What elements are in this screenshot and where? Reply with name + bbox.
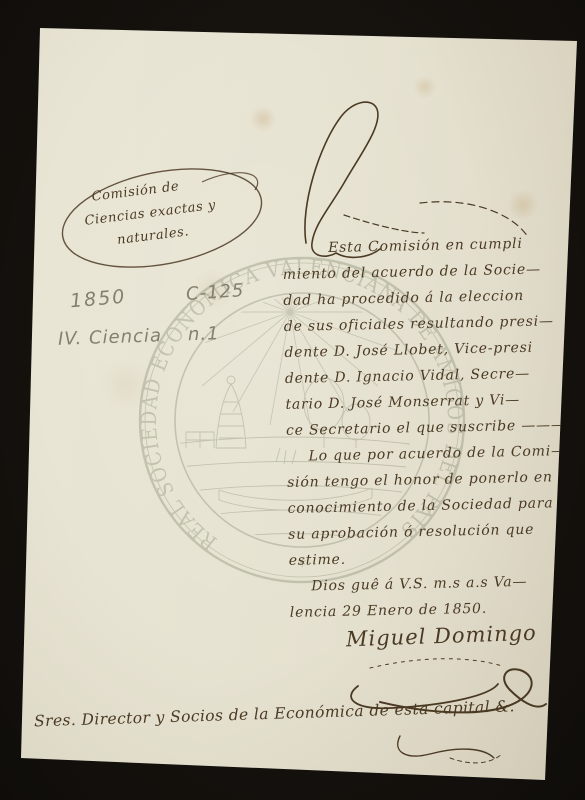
pencil-number: n.1 — [188, 323, 220, 345]
letter-body: Esta Comisión en cumplimiento del acuerd… — [282, 230, 570, 626]
address-tail-flourish — [390, 728, 510, 773]
pencil-code-note: C-125 — [185, 280, 245, 305]
manuscript-paper: REAL SOCIEDAD ECONOMICA VALENCIANA DE AM… — [0, 0, 585, 800]
pencil-category: IV. Ciencia — [58, 325, 163, 350]
document-photo: REAL SOCIEDAD ECONOMICA VALENCIANA DE AM… — [0, 0, 585, 800]
